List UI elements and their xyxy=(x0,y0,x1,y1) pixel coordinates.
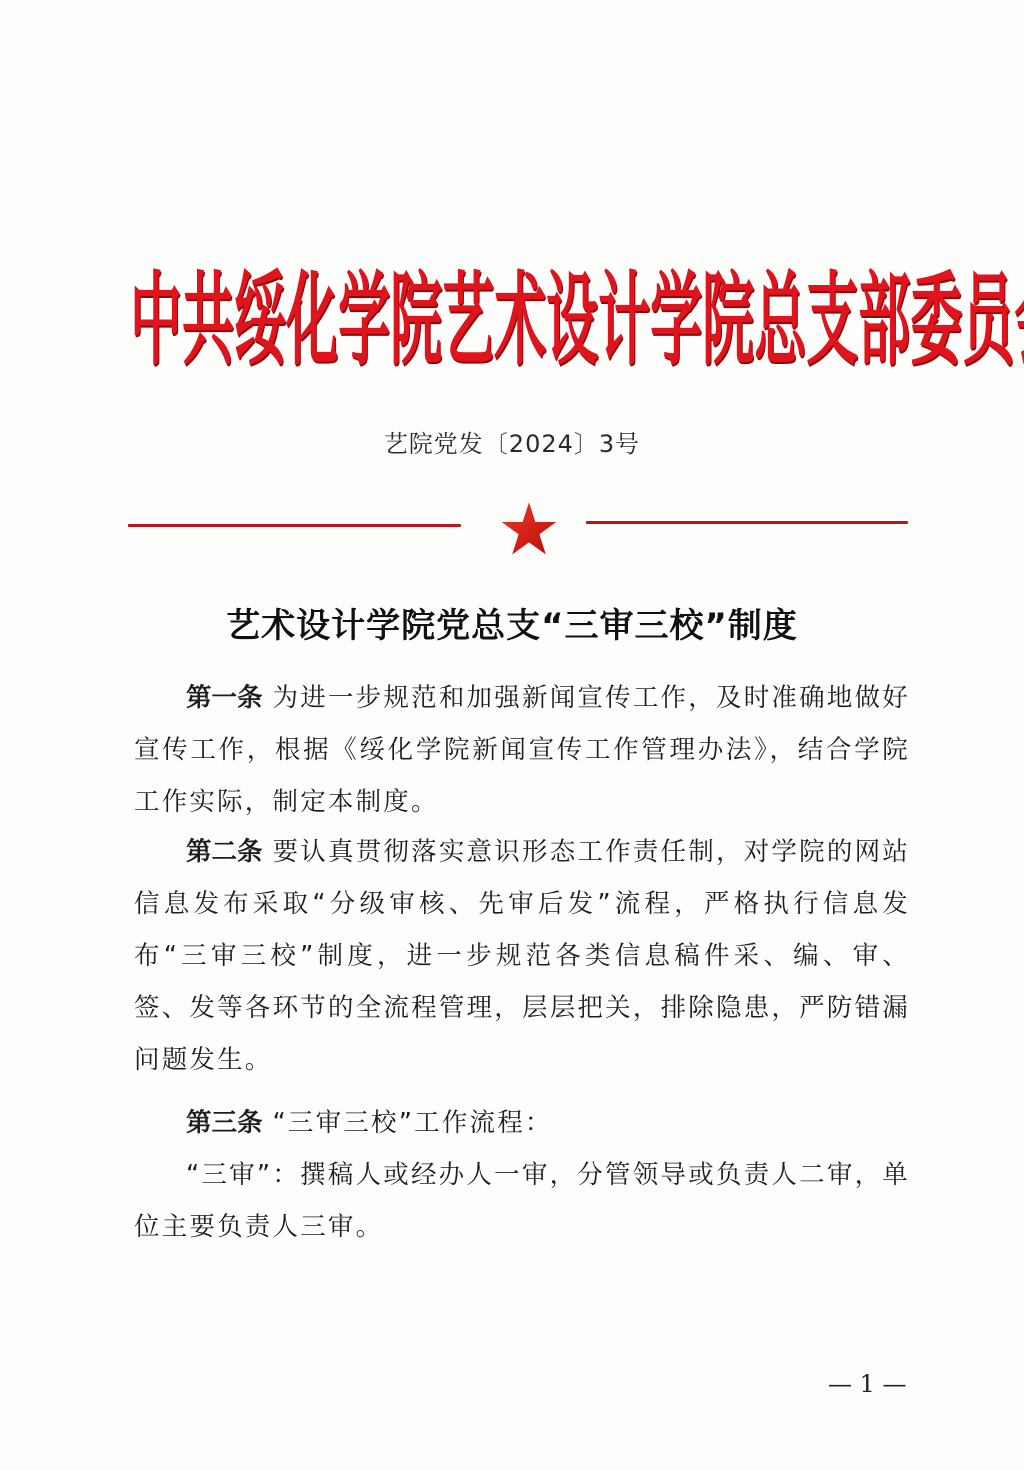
masthead-char: 设 xyxy=(546,271,598,372)
star-icon xyxy=(500,500,558,558)
divider-line-right xyxy=(586,521,908,524)
document-title: 艺术设计学院党总支“三审三校”制度 xyxy=(0,598,1024,647)
masthead-char: 部 xyxy=(858,271,910,372)
article-text: 要认真贯彻落实意识形态工作责任制，对学院的网站信息发布采取“分级审核、先审后发”… xyxy=(134,837,910,1075)
masthead-char: 会 xyxy=(1014,271,1024,372)
article-text: “三审三校”工作流程： xyxy=(273,1108,553,1138)
paragraph-three-reviews: “三审”：撰稿人或经办人一审，分管领导或负责人二审，单位主要负责人三审。 xyxy=(134,1149,910,1253)
masthead-char: 中 xyxy=(130,271,182,372)
article-lead: 第三条 xyxy=(186,1108,263,1138)
masthead-char: 共 xyxy=(182,271,234,372)
masthead-char: 术 xyxy=(494,271,546,372)
article-2: 第二条要认真贯彻落实意识形态工作责任制，对学院的网站信息发布采取“分级审核、先审… xyxy=(134,826,910,1086)
document-number: 艺院党发〔2024〕3号 xyxy=(0,424,1024,459)
masthead-char: 院 xyxy=(390,271,442,372)
document-masthead: 中共绥化学院艺术设计学院总支部委员会文件 xyxy=(130,262,910,382)
masthead-char: 绥 xyxy=(234,271,286,372)
masthead-char: 院 xyxy=(702,271,754,372)
article-3: 第三条“三审三校”工作流程： xyxy=(134,1097,910,1149)
masthead-char: 艺 xyxy=(442,271,494,372)
masthead-char: 员 xyxy=(962,271,1014,372)
masthead-char: 化 xyxy=(286,271,338,372)
masthead-char: 总 xyxy=(754,271,806,372)
masthead-char: 学 xyxy=(338,271,390,372)
masthead-char: 支 xyxy=(806,271,858,372)
divider-line-left xyxy=(128,524,461,527)
article-lead: 第一条 xyxy=(186,683,263,713)
masthead-char: 学 xyxy=(650,271,702,372)
article-lead: 第二条 xyxy=(186,837,263,867)
page-number: — 1 — xyxy=(828,1370,907,1398)
masthead-char: 委 xyxy=(910,271,962,372)
article-1: 第一条为进一步规范和加强新闻宣传工作，及时准确地做好宣传工作，根据《绥化学院新闻… xyxy=(134,672,910,828)
masthead-char: 计 xyxy=(598,271,650,372)
